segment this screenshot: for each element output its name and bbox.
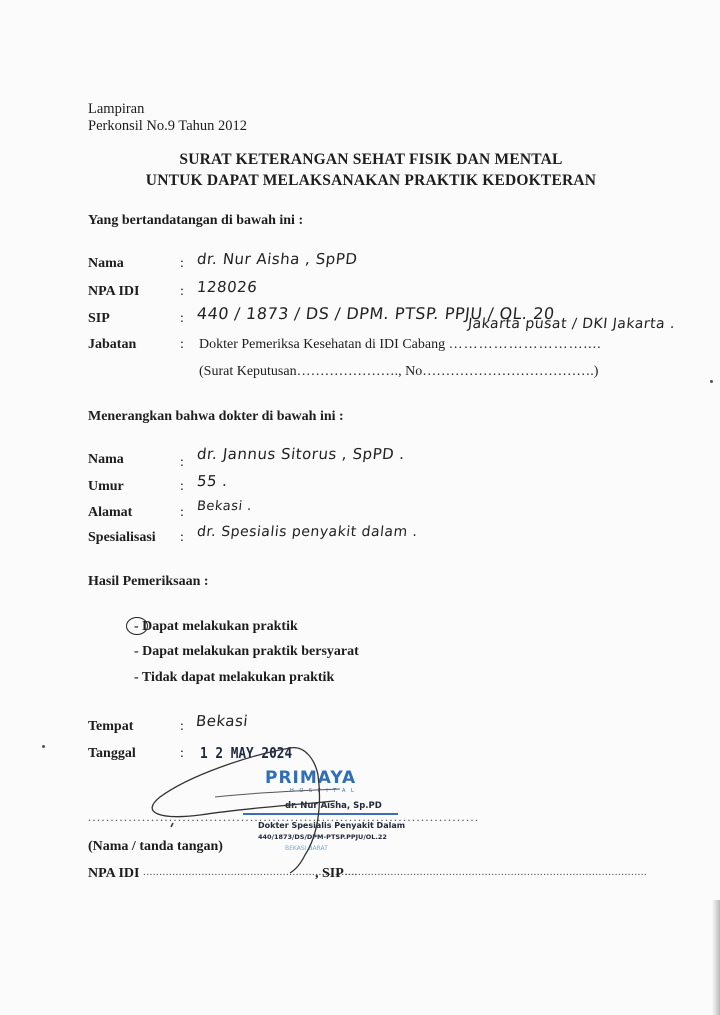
patient-age-value: 55 .: [196, 472, 229, 490]
name-signature-label: (Nama / tanda tangan): [88, 839, 223, 855]
signer-intro: Yang bertandatangan di bawah ini :: [88, 213, 303, 229]
signer-npa-label: NPA IDI: [88, 284, 139, 300]
regulation-reference: Perkonsil No.9 Tahun 2012: [88, 118, 247, 135]
scan-speck: [710, 380, 713, 383]
result-option-1: - Dapat melakukan praktik: [134, 619, 298, 635]
signer-name-value: dr. Nur Aisha , SpPD: [196, 250, 358, 268]
idi-branch-handwritten: Jakarta pusat / DKI Jakarta .: [467, 316, 676, 332]
patient-specialization-label: Spesialisasi: [88, 530, 156, 546]
colon: :: [180, 530, 184, 546]
date-label: Tanggal: [88, 746, 136, 762]
sip-dots: ........................................…: [345, 866, 647, 878]
decree-line: (Surat Keputusan…………………., No…………………………………: [199, 364, 598, 380]
signature-dotted-line: ........................................…: [88, 810, 480, 825]
colon: :: [180, 455, 184, 471]
result-option-3: - Tidak dapat melakukan praktik: [134, 670, 334, 686]
patient-intro: Menerangkan bahwa dokter di bawah ini :: [88, 409, 344, 425]
patient-address-value: Bekasi .: [196, 499, 252, 514]
document-title-line2: UNTUK DAPAT MELAKSANAKAN PRAKTIK KEDOKTE…: [0, 172, 720, 190]
attachment-label: Lampiran: [88, 101, 144, 118]
patient-specialization-value: dr. Spesialis penyakit dalam .: [196, 524, 418, 540]
results-heading: Hasil Pemeriksaan :: [88, 574, 209, 590]
signer-position-label: Jabatan: [88, 337, 136, 353]
patient-name-label: Nama: [88, 452, 124, 468]
patient-address-label: Alamat: [88, 505, 132, 521]
patient-age-label: Umur: [88, 479, 124, 495]
colon: :: [180, 719, 184, 735]
colon: :: [180, 337, 184, 353]
colon: :: [180, 256, 184, 272]
signer-position-value: Dokter Pemeriksa Kesehatan di IDI Cabang…: [199, 337, 602, 353]
npa-idi-label: NPA IDI: [88, 866, 139, 882]
document-title-line1: SURAT KETERANGAN SEHAT FISIK DAN MENTAL: [0, 151, 720, 169]
colon: :: [180, 479, 184, 495]
page-edge-shadow: [712, 900, 720, 1015]
colon: :: [180, 284, 184, 300]
signer-name-label: Nama: [88, 256, 124, 272]
document-page: Lampiran Perkonsil No.9 Tahun 2012 SURAT…: [0, 0, 720, 1015]
position-text: Dokter Pemeriksa Kesehatan di IDI Cabang: [199, 337, 445, 352]
sip-label: , SIP: [315, 866, 344, 882]
patient-name-value: dr. Jannus Sitorus , SpPD .: [196, 445, 406, 463]
position-dots: ………………………....: [449, 337, 602, 352]
signer-sip-label: SIP: [88, 311, 110, 327]
colon: :: [180, 505, 184, 521]
signer-npa-value: 128026: [196, 278, 258, 296]
place-value: Bekasi: [195, 712, 249, 730]
place-label: Tempat: [88, 719, 133, 735]
colon: :: [180, 311, 184, 327]
result-option-2: - Dapat melakukan praktik bersyarat: [134, 644, 359, 660]
scan-speck: [42, 745, 45, 748]
